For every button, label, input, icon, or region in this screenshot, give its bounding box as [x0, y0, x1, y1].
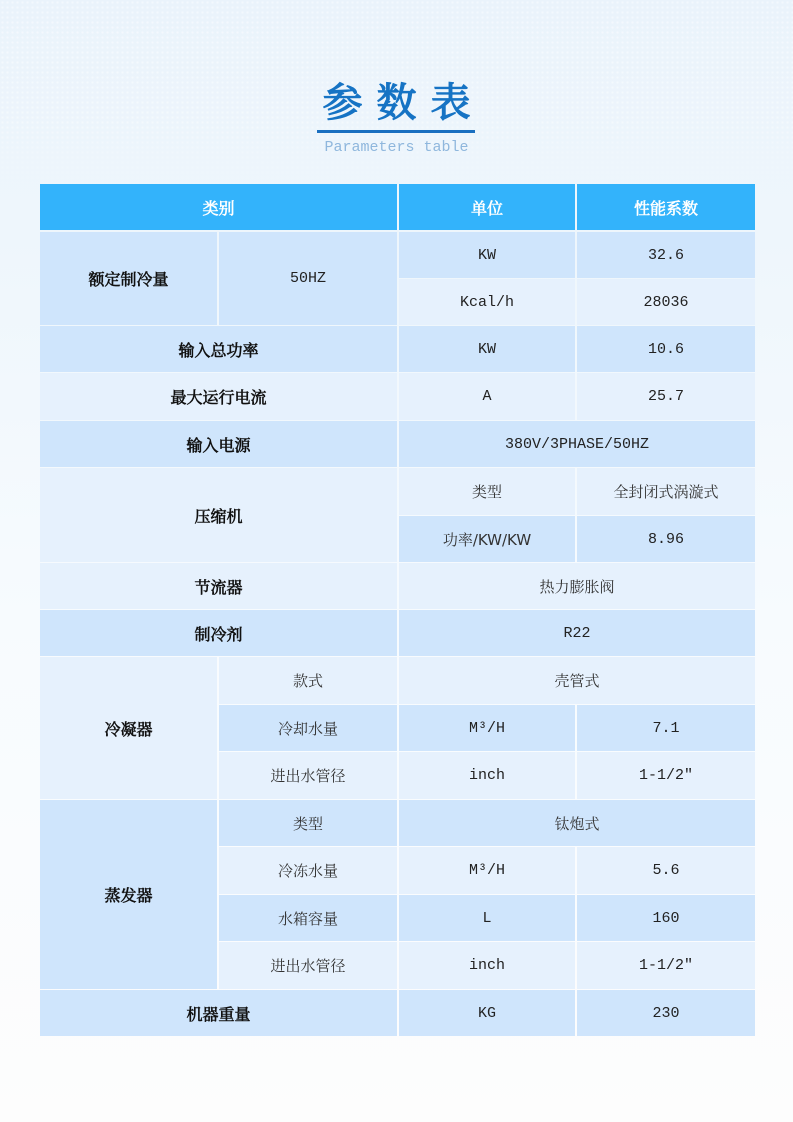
row-label-compressor: 压缩机 [40, 468, 397, 562]
refrigerant-value: R22 [399, 610, 755, 656]
rated-cooling-unit-kw: KW [399, 232, 575, 278]
rated-cooling-frequency: 50HZ [219, 232, 397, 325]
weight-value: 230 [577, 990, 755, 1036]
rated-cooling-unit-kcal: Kcal/h [399, 279, 575, 325]
compressor-type-key: 类型 [399, 468, 575, 515]
evaporator-pipe-unit: inch [399, 942, 575, 989]
evaporator-tank-value: 160 [577, 895, 755, 941]
condenser-style-value: 壳管式 [399, 657, 755, 704]
page-title-wrap: 参数表 [0, 80, 793, 126]
compressor-power-key: 功率/KW/KW [399, 516, 575, 562]
header-performance: 性能系数 [577, 184, 755, 230]
condenser-style-key: 款式 [219, 657, 397, 704]
evaporator-chilled-water-value: 5.6 [577, 847, 755, 894]
compressor-type-value: 全封闭式涡漩式 [577, 468, 755, 515]
input-power-unit: KW [399, 326, 575, 372]
rated-cooling-value-kcal: 28036 [577, 279, 755, 325]
evaporator-chilled-water-unit: M³/H [399, 847, 575, 894]
input-power-value: 10.6 [577, 326, 755, 372]
row-label-throttle: 节流器 [40, 563, 397, 609]
evaporator-type-value: 钛炮式 [399, 800, 755, 846]
throttle-value: 热力膨胀阀 [399, 563, 755, 609]
row-label-max-current: 最大运行电流 [40, 373, 397, 420]
evaporator-pipe-value: 1-1/2″ [577, 942, 755, 989]
evaporator-type-key: 类型 [219, 800, 397, 846]
max-current-unit: A [399, 373, 575, 420]
rated-cooling-value-kw: 32.6 [577, 232, 755, 278]
row-label-input-power: 输入总功率 [40, 326, 397, 372]
title-underline [317, 130, 475, 133]
evaporator-pipe-key: 进出水管径 [219, 942, 397, 989]
condenser-cooling-water-value: 7.1 [577, 705, 755, 751]
row-label-refrigerant: 制冷剂 [40, 610, 397, 656]
page-title: 参数表 [309, 80, 485, 126]
page-subtitle: Parameters table [0, 139, 793, 156]
condenser-pipe-value: 1-1/2″ [577, 752, 755, 799]
row-label-evaporator: 蒸发器 [40, 800, 217, 989]
condenser-pipe-unit: inch [399, 752, 575, 799]
row-label-weight: 机器重量 [40, 990, 397, 1036]
power-supply-value: 380V/3PHASE/50HZ [399, 421, 755, 467]
evaporator-tank-unit: L [399, 895, 575, 941]
condenser-cooling-water-unit: M³/H [399, 705, 575, 751]
row-label-rated-cooling: 额定制冷量 [40, 232, 217, 325]
evaporator-tank-key: 水箱容量 [219, 895, 397, 941]
header-category: 类别 [40, 184, 397, 230]
header-unit: 单位 [399, 184, 575, 230]
condenser-pipe-key: 进出水管径 [219, 752, 397, 799]
max-current-value: 25.7 [577, 373, 755, 420]
row-label-power-supply: 输入电源 [40, 421, 397, 467]
row-label-condenser: 冷凝器 [40, 657, 217, 799]
condenser-cooling-water-key: 冷却水量 [219, 705, 397, 751]
compressor-power-value: 8.96 [577, 516, 755, 562]
evaporator-chilled-water-key: 冷冻水量 [219, 847, 397, 894]
weight-unit: KG [399, 990, 575, 1036]
